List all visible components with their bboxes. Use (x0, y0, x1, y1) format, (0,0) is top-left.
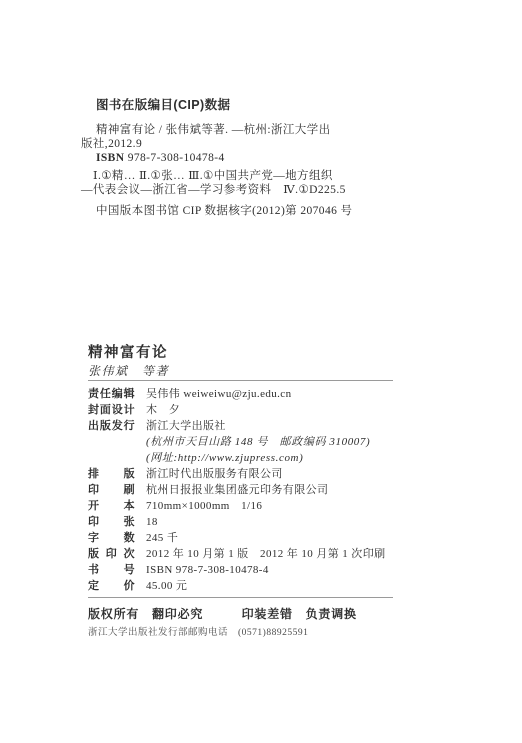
colophon-row-label: 开本 (88, 498, 135, 514)
divider-bottom (88, 597, 393, 598)
colophon-row-value: 木 夕 (146, 402, 488, 418)
cip-heading: 图书在版编目(CIP)数据 (81, 98, 466, 113)
colophon-row: 字数 245 千 (88, 530, 488, 546)
colophon-value-text: 45.00 元 (146, 580, 187, 592)
colophon-row: 印刷 杭州日报报业集团盛元印务有限公司 (88, 482, 488, 498)
cip-classification-line1: Ⅰ.①精… Ⅱ.①张… Ⅲ.①中国共产党—地方组织 (81, 169, 466, 183)
colophon-row-label: 印张 (88, 514, 135, 530)
colophon-row-value: ISBN 978-7-308-10478-4 (146, 562, 488, 578)
cip-description-line2: 版社,2012.9 (81, 137, 466, 151)
colophon-row-label: 字数 (88, 530, 135, 546)
colophon-value-text: ISBN 978-7-308-10478-4 (146, 564, 269, 576)
colophon-value-text: 2012 年 10 月第 1 版 2012 年 10 月第 1 次印刷 (146, 548, 386, 560)
cip-description-line1: 精神富有论 / 张伟斌等著. —杭州:浙江大学出 (81, 123, 466, 137)
colophon-row: 责任编辑 吴伟伟 weiweiwu@zju.edu.cn (88, 386, 488, 402)
colophon-row-value: 18 (146, 514, 488, 530)
colophon-value-text: 18 (146, 516, 158, 528)
copyright-notice: 版权所有 翻印必究 印装差错 负责调换 (88, 605, 357, 622)
colophon-row: 出版发行 浙江大学出版社 (杭州市天目山路 148 号 邮政编码 310007)… (88, 418, 488, 466)
colophon-row-value: 杭州日报报业集团盛元印务有限公司 (146, 482, 488, 498)
colophon-row: 封面设计 木 夕 (88, 402, 488, 418)
colophon-row-label: 版印次 (88, 546, 135, 562)
colophon-row: 开本 710mm×1000mm 1/16 (88, 498, 488, 514)
cip-section: 图书在版编目(CIP)数据 精神富有论 / 张伟斌等著. —杭州:浙江大学出 版… (81, 98, 466, 218)
colophon-value-text: 245 千 (146, 532, 178, 544)
colophon-row-value: 245 千 (146, 530, 488, 546)
colophon-value-text: 杭州日报报业集团盛元印务有限公司 (146, 484, 328, 496)
isbn-value: 978-7-308-10478-4 (128, 152, 225, 164)
colophon-row-value: 45.00 元 (146, 578, 488, 594)
colophon-row: 排版 浙江时代出版服务有限公司 (88, 466, 488, 482)
colophon-row: 版印次 2012 年 10 月第 1 版 2012 年 10 月第 1 次印刷 (88, 546, 488, 562)
colophon-note-line: (网址:http://www.zjupress.com) (146, 450, 488, 466)
colophon-row-label: 印刷 (88, 482, 135, 498)
colophon-row-value: 710mm×1000mm 1/16 (146, 498, 488, 514)
colophon-row-label: 封面设计 (88, 402, 135, 418)
mail-order-phone: 浙江大学出版社发行部邮购电话 (0571)88925591 (88, 624, 308, 638)
book-copyright-page: 图书在版编目(CIP)数据 精神富有论 / 张伟斌等著. —杭州:浙江大学出 版… (0, 0, 522, 743)
isbn-label: ISBN (96, 152, 124, 164)
colophon-row-value: 浙江时代出版服务有限公司 (146, 466, 488, 482)
colophon-row-label: 责任编辑 (88, 386, 135, 402)
cip-record-number: 中国版本图书馆 CIP 数据核字(2012)第 207046 号 (81, 204, 466, 218)
colophon-value-text: 浙江时代出版服务有限公司 (146, 468, 283, 480)
book-author: 张伟斌 等著 (88, 362, 169, 379)
colophon-row-label: 书号 (88, 562, 135, 578)
colophon-row: 定价 45.00 元 (88, 578, 488, 594)
colophon-row-value: 2012 年 10 月第 1 版 2012 年 10 月第 1 次印刷 (146, 546, 488, 562)
book-title: 精神富有论 (88, 341, 168, 362)
colophon-row-value: 吴伟伟 weiweiwu@zju.edu.cn (146, 386, 488, 402)
colophon-row: 书号 ISBN 978-7-308-10478-4 (88, 562, 488, 578)
cip-classification-line2: —代表会议—浙江省—学习参考资料 Ⅳ.①D225.5 (81, 183, 466, 197)
colophon-note-line: (杭州市天目山路 148 号 邮政编码 310007) (146, 434, 488, 450)
colophon-value-text: 木 夕 (146, 404, 180, 416)
colophon-rows: 责任编辑 吴伟伟 weiweiwu@zju.edu.cn 封面设计 木 夕 出版… (88, 386, 488, 594)
colophon-row-label: 定价 (88, 578, 135, 594)
cip-isbn-line: ISBN 978-7-308-10478-4 (81, 151, 466, 165)
colophon-row: 印张 18 (88, 514, 488, 530)
colophon-row-value: 浙江大学出版社 (杭州市天目山路 148 号 邮政编码 310007)(网址:h… (146, 418, 488, 466)
colophon-value-text: 浙江大学出版社 (146, 420, 226, 432)
colophon-row-label: 排版 (88, 466, 135, 482)
divider-top (88, 380, 393, 381)
colophon-row-label: 出版发行 (88, 418, 135, 434)
colophon-value-text: 710mm×1000mm 1/16 (146, 500, 262, 512)
colophon-value-text: 吴伟伟 weiweiwu@zju.edu.cn (146, 388, 292, 400)
